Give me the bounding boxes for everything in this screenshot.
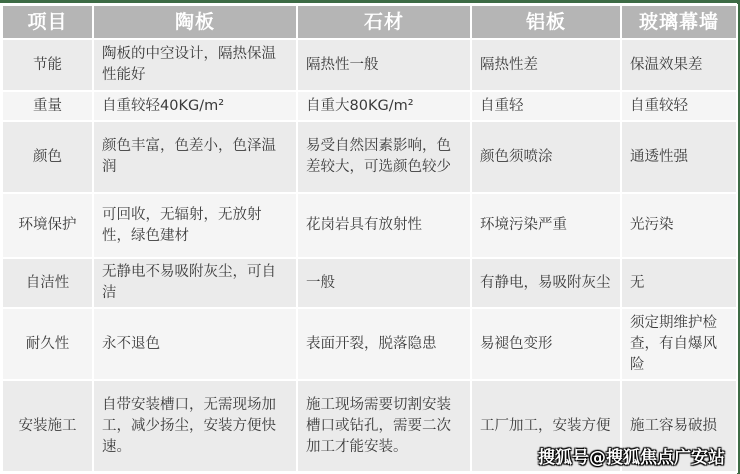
- watermark: 搜狐号@搜狐焦点广安站: [538, 443, 725, 468]
- header-stone: 石材: [297, 5, 471, 39]
- cell-stone: 自重大80KG/m²: [297, 91, 471, 121]
- cell-aluminum: 颜色须喷涂: [471, 121, 621, 193]
- cell-aluminum: 隔热性差: [471, 39, 621, 91]
- cell-glass: 保温效果差: [621, 39, 737, 91]
- cell-stone: 易受自然因素影响，色差较大，可选颜色较少: [297, 121, 471, 193]
- cell-aluminum: 自重轻: [471, 91, 621, 121]
- cell-ceramic: 自带安装槽口，无需现场加工，减少扬尘，安装方便快速。: [93, 380, 297, 472]
- cell-stone: 花岗岩具有放射性: [297, 193, 471, 258]
- cell-aluminum: 易褪色变形: [471, 308, 621, 380]
- table-row: 颜色 颜色丰富，色差小，色泽温润 易受自然因素影响，色差较大，可选颜色较少 颜色…: [2, 121, 737, 193]
- cell-stone: 隔热性一般: [297, 39, 471, 91]
- row-label: 颜色: [2, 121, 93, 193]
- cell-glass: 自重较轻: [621, 91, 737, 121]
- cell-ceramic: 陶板的中空设计，隔热保温性能好: [93, 39, 297, 91]
- cell-stone: 一般: [297, 258, 471, 308]
- row-label: 节能: [2, 39, 93, 91]
- cell-stone: 表面开裂，脱落隐患: [297, 308, 471, 380]
- row-label: 安装施工: [2, 380, 93, 472]
- cell-ceramic: 颜色丰富，色差小，色泽温润: [93, 121, 297, 193]
- comparison-table-frame: 项目 陶板 石材 铝板 玻璃幕墙 节能 陶板的中空设计，隔热保温性能好 隔热性一…: [0, 3, 737, 474]
- cell-ceramic: 无静电不易吸附灰尘，可自洁: [93, 258, 297, 308]
- cell-glass: 通透性强: [621, 121, 737, 193]
- table-row: 环境保护 可回收，无辐射，无放射性，绿色建材 花岗岩具有放射性 环境污染严重 光…: [2, 193, 737, 258]
- row-label: 重量: [2, 91, 93, 121]
- cell-ceramic: 可回收，无辐射，无放射性，绿色建材: [93, 193, 297, 258]
- cell-ceramic: 永不退色: [93, 308, 297, 380]
- row-label: 自洁性: [2, 258, 93, 308]
- table-row: 重量 自重较轻40KG/m² 自重大80KG/m² 自重轻 自重较轻: [2, 91, 737, 121]
- header-item: 项目: [2, 5, 93, 39]
- table-row: 自洁性 无静电不易吸附灰尘，可自洁 一般 有静电，易吸附灰尘 无: [2, 258, 737, 308]
- row-label: 环境保护: [2, 193, 93, 258]
- material-comparison-table: 项目 陶板 石材 铝板 玻璃幕墙 节能 陶板的中空设计，隔热保温性能好 隔热性一…: [1, 4, 738, 473]
- header-row: 项目 陶板 石材 铝板 玻璃幕墙: [2, 5, 737, 39]
- cell-stone: 施工现场需要切割安装槽口或钻孔，需要二次加工才能安装。: [297, 380, 471, 472]
- cell-aluminum: 环境污染严重: [471, 193, 621, 258]
- header-glass: 玻璃幕墙: [621, 5, 737, 39]
- table-row: 耐久性 永不退色 表面开裂，脱落隐患 易褪色变形 须定期维护检查，有自爆风险: [2, 308, 737, 380]
- cell-glass: 光污染: [621, 193, 737, 258]
- cell-glass: 无: [621, 258, 737, 308]
- cell-glass: 须定期维护检查，有自爆风险: [621, 308, 737, 380]
- cell-aluminum: 有静电，易吸附灰尘: [471, 258, 621, 308]
- header-ceramic: 陶板: [93, 5, 297, 39]
- row-label: 耐久性: [2, 308, 93, 380]
- cell-ceramic: 自重较轻40KG/m²: [93, 91, 297, 121]
- table-row: 节能 陶板的中空设计，隔热保温性能好 隔热性一般 隔热性差 保温效果差: [2, 39, 737, 91]
- header-aluminum: 铝板: [471, 5, 621, 39]
